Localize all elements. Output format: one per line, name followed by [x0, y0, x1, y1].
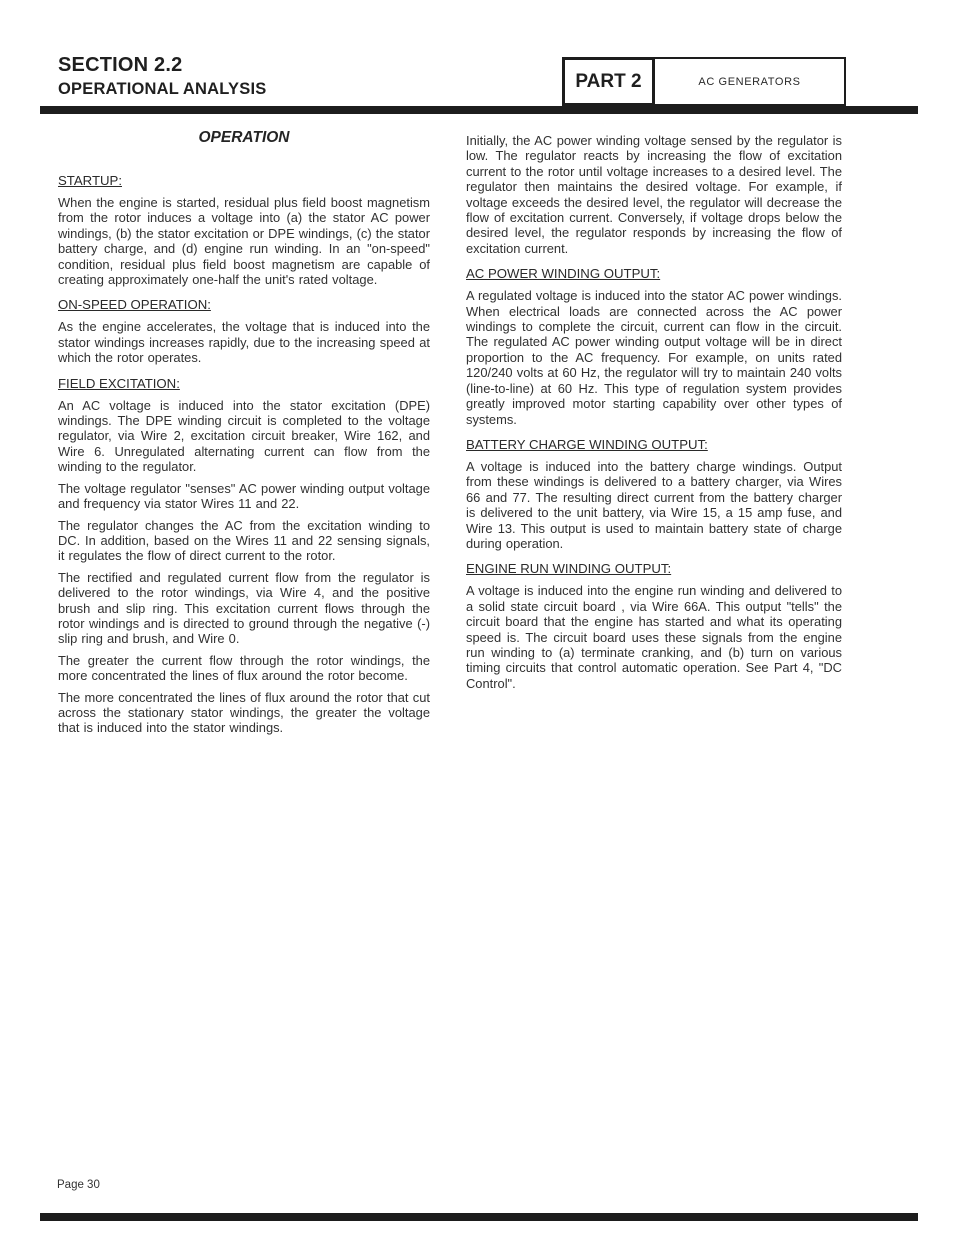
paragraph: The regulator changes the AC from the ex…: [58, 518, 430, 564]
page-number: Page 30: [57, 1179, 100, 1191]
right-column: Initially, the AC power winding voltage …: [466, 127, 842, 697]
section-subtitle: OPERATIONAL ANALYSIS: [58, 77, 266, 101]
manual-page: SECTION 2.2 OPERATIONAL ANALYSIS PART 2 …: [0, 0, 954, 1235]
part-box: PART 2 AC GENERATORS: [562, 57, 846, 106]
header-rule: [40, 106, 918, 114]
section-engine-run-winding-output: ENGINE RUN WINDING OUTPUT: A voltage is …: [466, 561, 842, 691]
header: SECTION 2.2 OPERATIONAL ANALYSIS: [58, 53, 266, 101]
operation-title: OPERATION: [58, 129, 430, 147]
paragraph: When the engine is started, residual plu…: [58, 195, 430, 287]
footer-rule: [40, 1213, 918, 1221]
section-heading-startup: STARTUP:: [58, 173, 430, 189]
section-ac-power-winding-output: AC POWER WINDING OUTPUT: A regulated vol…: [466, 266, 842, 427]
section-startup: STARTUP: When the engine is started, res…: [58, 173, 430, 287]
left-column: OPERATION STARTUP: When the engine is st…: [58, 127, 430, 742]
part-label: PART 2: [562, 57, 655, 106]
paragraph: A regulated voltage is induced into the …: [466, 288, 842, 427]
paragraph: As the engine accelerates, the voltage t…: [58, 319, 430, 365]
paragraph: A voltage is induced into the battery ch…: [466, 459, 842, 551]
paragraph: Initially, the AC power winding voltage …: [466, 133, 842, 256]
section-title: SECTION 2.2: [58, 53, 266, 77]
section-heading-on-speed: ON-SPEED OPERATION:: [58, 297, 430, 313]
paragraph: A voltage is induced into the engine run…: [466, 583, 842, 691]
section-heading-field-excitation: FIELD EXCITATION:: [58, 376, 430, 392]
section-heading-engine-run: ENGINE RUN WINDING OUTPUT:: [466, 561, 842, 577]
paragraph: An AC voltage is induced into the stator…: [58, 398, 430, 475]
section-heading-battery-charge: BATTERY CHARGE WINDING OUTPUT:: [466, 437, 842, 453]
section-heading-ac-power: AC POWER WINDING OUTPUT:: [466, 266, 842, 282]
paragraph: The rectified and regulated current flow…: [58, 570, 430, 647]
section-battery-charge-winding-output: BATTERY CHARGE WINDING OUTPUT: A voltage…: [466, 437, 842, 551]
section-field-excitation: FIELD EXCITATION: An AC voltage is induc…: [58, 376, 430, 736]
part-title: AC GENERATORS: [655, 59, 844, 104]
paragraph: The greater the current flow through the…: [58, 653, 430, 684]
paragraph: The more concentrated the lines of flux …: [58, 690, 430, 736]
section-on-speed-operation: ON-SPEED OPERATION: As the engine accele…: [58, 297, 430, 365]
paragraph: The voltage regulator "senses" AC power …: [58, 481, 430, 512]
